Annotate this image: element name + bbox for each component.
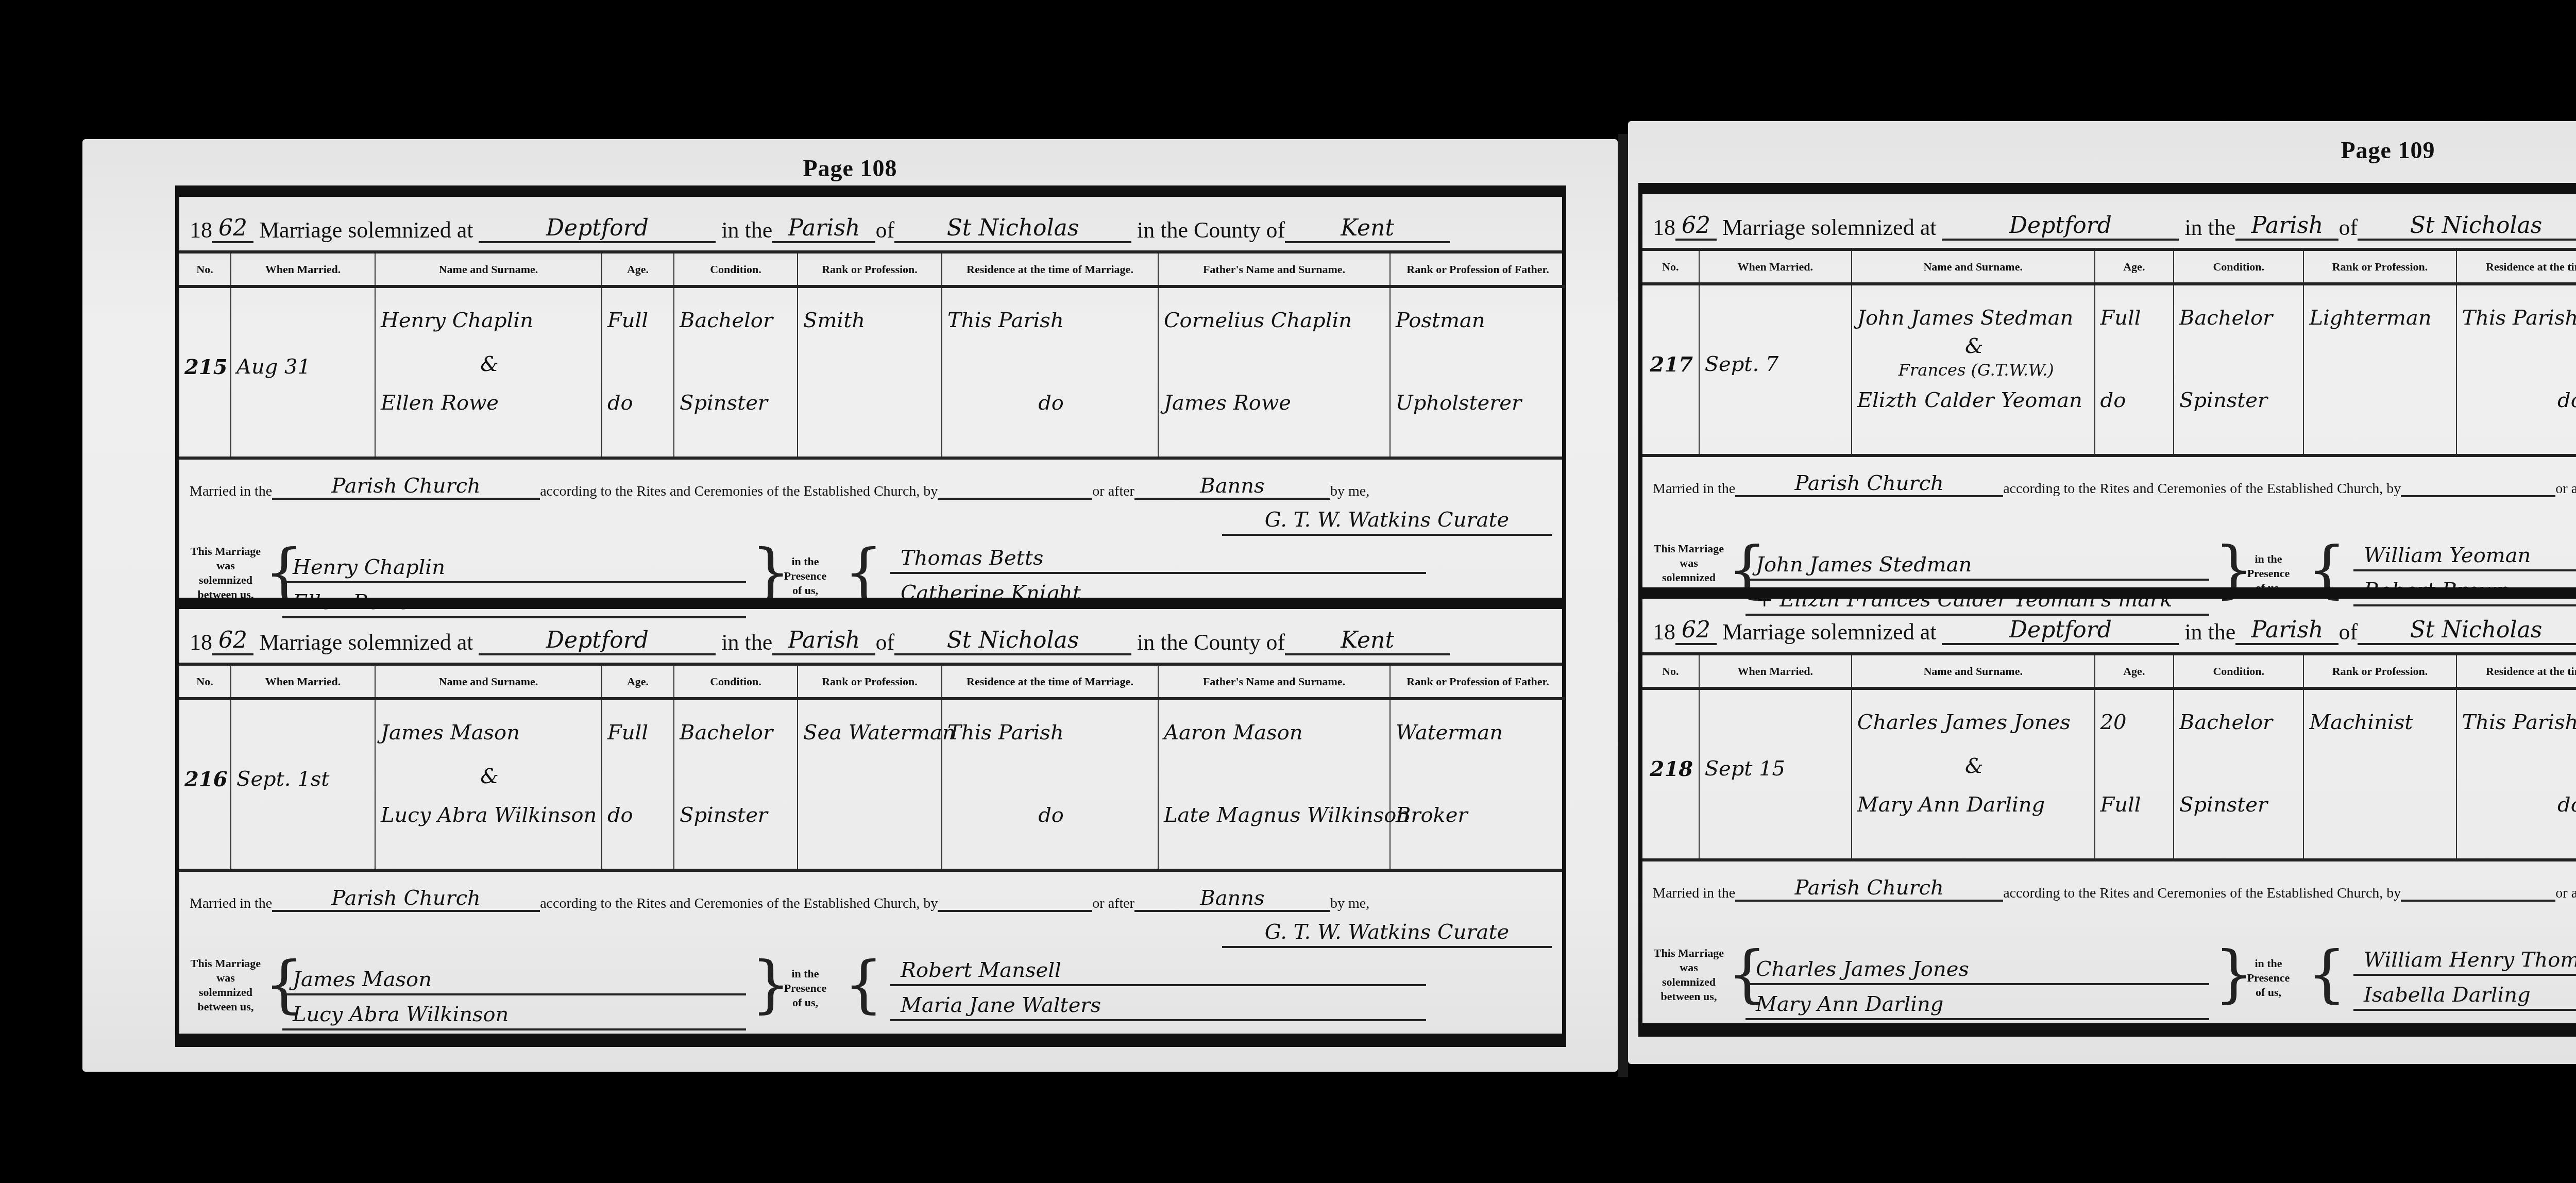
- or-after-label: or after: [2555, 481, 2576, 497]
- solemnized-at-label: Marriage solemnized at: [1722, 619, 1936, 645]
- groom-signature: Charles James Jones: [1745, 950, 2209, 985]
- district-kind-field: Parish: [772, 627, 875, 655]
- groom-signature: Henry Chaplin: [282, 548, 746, 583]
- rites-label: according to the Rites and Ceremonies of…: [540, 483, 938, 500]
- presence-label: in the Presence of us,: [2245, 956, 2292, 1000]
- col-rank: Rank or Profession.: [798, 666, 942, 699]
- entry-title-row: 1862 Marriage solemnized at Deptford in …: [179, 197, 1562, 253]
- groom-rank: Lighterman: [2309, 306, 2452, 330]
- married-in-label: Married in the: [190, 895, 272, 912]
- book-gutter: [1618, 134, 1628, 1077]
- groom-father: Cornelius Chaplin: [1164, 309, 1386, 332]
- when-married: Sept. 7: [1705, 352, 1848, 376]
- year-prefix: 18: [190, 217, 212, 243]
- register-table: No. When Married. Name and Surname. Age.…: [1642, 251, 2576, 454]
- year-field: 62: [212, 627, 253, 655]
- entry-number: 216: [184, 767, 227, 791]
- bride-condition: Spinster: [680, 803, 794, 827]
- of-label: of: [875, 629, 894, 655]
- in-the-label: in the: [2184, 619, 2235, 645]
- between-us-label: This Marriage was solemnized between us,: [1653, 946, 1725, 1004]
- col-name: Name and Surname.: [375, 666, 602, 699]
- license-field: [2401, 900, 2555, 902]
- between-us-label: This Marriage was solemnized between us,: [190, 544, 262, 602]
- bride-residence: do: [2462, 388, 2576, 412]
- groom-residence: This Parish: [947, 721, 1155, 745]
- bride-name-correction: Frances (G.T.W.W.): [1899, 360, 2091, 380]
- groom-rank: Machinist: [2309, 711, 2452, 734]
- groom-age: Full: [2100, 306, 2171, 330]
- year-field: 62: [212, 215, 253, 243]
- col-residence: Residence at the time of Marriage.: [942, 666, 1158, 699]
- solemnized-at-label: Marriage solemnized at: [259, 629, 473, 655]
- year-prefix: 18: [190, 629, 212, 655]
- col-age: Age.: [2095, 655, 2174, 688]
- col-no: No.: [1642, 251, 1699, 284]
- col-no: No.: [179, 253, 231, 286]
- signature-area: G. T. W. Watkins Curate This Marriage wa…: [1642, 910, 2576, 1023]
- col-rank: Rank or Profession.: [2303, 251, 2456, 284]
- col-residence: Residence at the time of Marriage.: [2456, 655, 2576, 688]
- officiant-signature: G. T. W. Watkins Curate: [1222, 920, 1552, 948]
- place-field: Deptford: [479, 627, 716, 655]
- witness-1: Robert Mansell: [890, 951, 1426, 986]
- in-the-label: in the: [2184, 214, 2235, 241]
- rites-label: according to the Rites and Ceremonies of…: [2003, 481, 2401, 497]
- bride-father-rank: Broker: [1396, 803, 1562, 827]
- county-field: Kent: [1285, 215, 1450, 243]
- entry-title-row: 1862 Marriage solemnized at Deptford in …: [1642, 599, 2576, 655]
- district-kind-field: Parish: [772, 215, 875, 243]
- year-prefix: 18: [1653, 619, 1675, 645]
- bride-signature: Mary Ann Darling: [1745, 985, 2209, 1020]
- bride-condition: Spinster: [680, 391, 794, 415]
- witness-2: Maria Jane Walters: [890, 986, 1426, 1021]
- groom-residence: This Parish: [2462, 711, 2576, 734]
- or-after-label: or after: [1092, 483, 1134, 500]
- parish-field: St Nicholas: [2358, 617, 2576, 645]
- groom-age: Full: [607, 309, 670, 332]
- register-page-109: Page 109 1862 Marriage solemnized at Dep…: [1628, 121, 2576, 1064]
- place-field: Deptford: [1942, 617, 2179, 645]
- parish-field: St Nicholas: [2358, 212, 2576, 241]
- table-row: 216 Sept. 1st James Mason & Lucy Abra Wi…: [179, 699, 1565, 869]
- year-prefix: 18: [1653, 214, 1675, 241]
- col-when-married: When Married.: [1699, 655, 1852, 688]
- license-field: [938, 910, 1092, 912]
- venue-field: Parish Church: [1735, 876, 2003, 902]
- col-no: No.: [179, 666, 231, 699]
- presence-label: in the Presence of us,: [782, 554, 828, 598]
- venue-field: Parish Church: [1735, 471, 2003, 497]
- parish-field: St Nicholas: [894, 627, 1131, 655]
- witness-2: Isabella Darling: [2353, 976, 2576, 1011]
- district-kind-field: Parish: [2235, 212, 2338, 241]
- bride-age: Full: [2100, 793, 2171, 817]
- place-field: Deptford: [479, 215, 716, 243]
- groom-condition: Bachelor: [680, 721, 794, 745]
- witness-1: Thomas Betts: [890, 539, 1426, 574]
- brace-icon: {: [844, 544, 883, 601]
- married-in-row: Married in the Parish Church according t…: [179, 869, 1562, 920]
- married-in-row: Married in the Parish Church according t…: [179, 457, 1562, 508]
- col-father-rank: Rank or Profession of Father.: [1390, 253, 1565, 286]
- witness-1: William Yeoman: [2353, 536, 2576, 571]
- entry-title-row: 1862 Marriage solemnized at Deptford in …: [1642, 194, 2576, 251]
- col-residence: Residence at the time of Marriage.: [2456, 251, 2576, 284]
- col-when-married: When Married.: [1699, 251, 1852, 284]
- bride-age: do: [607, 391, 670, 415]
- brace-icon: {: [2307, 946, 2346, 1003]
- groom-rank: Smith: [803, 309, 938, 332]
- groom-father-rank: Waterman: [1396, 721, 1562, 745]
- col-when-married: When Married.: [231, 253, 375, 286]
- col-father-rank: Rank or Profession of Father.: [1390, 666, 1565, 699]
- bride-residence: do: [2462, 793, 2576, 817]
- col-age: Age.: [602, 253, 674, 286]
- venue-field: Parish Church: [272, 886, 540, 912]
- col-condition: Condition.: [674, 666, 798, 699]
- register-table: No. When Married. Name and Surname. Age.…: [179, 253, 1565, 457]
- license-field: [2401, 495, 2555, 497]
- groom-name: Charles James Jones: [1857, 711, 2091, 734]
- county-label: in the County of: [1137, 217, 1285, 243]
- by-me-label: by me,: [1330, 895, 1369, 912]
- table-row: 215 Aug 31 Henry Chaplin & Ellen Rowe Fu…: [179, 286, 1565, 457]
- col-condition: Condition.: [674, 253, 798, 286]
- license-field: [938, 498, 1092, 500]
- between-us-label: This Marriage was solemnized between us,: [190, 956, 262, 1014]
- col-rank: Rank or Profession.: [2303, 655, 2456, 688]
- groom-condition: Bachelor: [680, 309, 794, 332]
- groom-age: 20: [2100, 711, 2171, 734]
- brace-icon: {: [844, 956, 883, 1013]
- by-me-label: by me,: [1330, 483, 1369, 500]
- column-header-row: No. When Married. Name and Surname. Age.…: [179, 666, 1565, 699]
- groom-residence: This Parish: [947, 309, 1155, 332]
- bride-residence: do: [947, 803, 1155, 827]
- signature-area: G. T. W. Watkins Curate This Marriage wa…: [179, 920, 1562, 1034]
- married-in-row: Married in the Parish Church according t…: [1642, 454, 2576, 505]
- year-field: 62: [1675, 212, 1717, 241]
- bride-age: do: [2100, 388, 2171, 412]
- or-after-label: or after: [2555, 885, 2576, 902]
- groom-rank: Sea Waterman: [803, 721, 938, 745]
- col-name: Name and Surname.: [375, 253, 602, 286]
- bride-name: Mary Ann Darling: [1857, 793, 2091, 817]
- col-name: Name and Surname.: [1852, 655, 2095, 688]
- married-in-label: Married in the: [1653, 481, 1735, 497]
- column-header-row: No. When Married. Name and Surname. Age.…: [179, 253, 1565, 286]
- married-in-label: Married in the: [1653, 885, 1735, 902]
- party-signatures: James Mason Lucy Abra Wilkinson: [282, 960, 746, 1030]
- groom-residence: This Parish: [2462, 306, 2576, 330]
- solemnized-at-label: Marriage solemnized at: [1722, 214, 1936, 241]
- groom-age: Full: [607, 721, 670, 745]
- column-header-row: No. When Married. Name and Surname. Age.…: [1642, 251, 2576, 284]
- married-in-label: Married in the: [190, 483, 272, 500]
- married-in-row: Married in the Parish Church according t…: [1642, 858, 2576, 910]
- joiner: &: [381, 352, 598, 376]
- banns-field: Banns: [1134, 474, 1330, 500]
- groom-father-rank: Postman: [1396, 309, 1562, 332]
- table-row: 217 Sept. 7 John James Stedman & Frances…: [1642, 284, 2576, 454]
- groom-signature: James Mason: [282, 960, 746, 995]
- or-after-label: or after: [1092, 895, 1134, 912]
- col-age: Age.: [602, 666, 674, 699]
- bride-residence: do: [947, 391, 1155, 415]
- bride-condition: Spinster: [2179, 388, 2300, 412]
- when-married: Sept 15: [1705, 757, 1848, 781]
- presence-label: in the Presence of us,: [782, 967, 828, 1010]
- bride-father: James Rowe: [1164, 391, 1386, 415]
- col-father-name: Father's Name and Surname.: [1158, 666, 1390, 699]
- venue-field: Parish Church: [272, 474, 540, 500]
- of-label: of: [2338, 619, 2358, 645]
- groom-father: Aaron Mason: [1164, 721, 1386, 745]
- when-married: Aug 31: [236, 355, 371, 379]
- column-header-row: No. When Married. Name and Surname. Age.…: [1642, 655, 2576, 688]
- entry-number: 218: [1648, 757, 1696, 781]
- register-table: No. When Married. Name and Surname. Age.…: [1642, 655, 2576, 858]
- joiner: &: [381, 765, 598, 788]
- year-field: 62: [1675, 617, 1717, 645]
- entry-number: 217: [1648, 352, 1696, 377]
- bride-name: Ellen Rowe: [381, 391, 598, 415]
- groom-condition: Bachelor: [2179, 306, 2300, 330]
- marriage-entry-216: 1862 Marriage solemnized at Deptford in …: [175, 598, 1566, 1047]
- register-page-108: Page 108 1862 Marriage solemnized at Dep…: [82, 139, 1618, 1072]
- witness-signatures: William Henry Thomsett Isabella Darling: [2353, 941, 2576, 1011]
- banns-field: Banns: [1134, 886, 1330, 912]
- officiant-signature: G. T. W. Watkins Curate: [1222, 508, 1552, 536]
- rites-label: according to the Rites and Ceremonies of…: [540, 895, 938, 912]
- table-row: 218 Sept 15 Charles James Jones & Mary A…: [1642, 688, 2576, 858]
- register-table: No. When Married. Name and Surname. Age.…: [179, 666, 1565, 869]
- of-label: of: [2338, 214, 2358, 241]
- joiner: &: [1857, 334, 2091, 358]
- parish-field: St Nicholas: [894, 215, 1131, 243]
- county-label: in the County of: [1137, 629, 1285, 655]
- solemnized-at-label: Marriage solemnized at: [259, 217, 473, 243]
- groom-name: John James Stedman: [1857, 306, 2091, 330]
- col-when-married: When Married.: [231, 666, 375, 699]
- when-married: Sept. 1st: [236, 767, 371, 791]
- col-no: No.: [1642, 655, 1699, 688]
- bride-name: Elizth Calder Yeoman: [1857, 388, 2091, 412]
- marriage-entry-218: 1862 Marriage solemnized at Deptford in …: [1638, 587, 2576, 1037]
- in-the-label: in the: [721, 217, 772, 243]
- witness-1: William Henry Thomsett: [2353, 941, 2576, 976]
- page-number: Page 109: [1628, 137, 2576, 164]
- col-residence: Residence at the time of Marriage.: [942, 253, 1158, 286]
- witness-signatures: Robert Mansell Maria Jane Walters: [890, 951, 1426, 1021]
- marriage-entry-215: 1862 Marriage solemnized at Deptford in …: [175, 185, 1566, 621]
- groom-name: James Mason: [381, 721, 598, 745]
- place-field: Deptford: [1942, 212, 2179, 241]
- col-age: Age.: [2095, 251, 2174, 284]
- bride-condition: Spinster: [2179, 793, 2300, 817]
- bride-age: do: [607, 803, 670, 827]
- entry-number: 215: [184, 355, 227, 379]
- rites-label: according to the Rites and Ceremonies of…: [2003, 885, 2401, 902]
- groom-condition: Bachelor: [2179, 711, 2300, 734]
- party-signatures: Charles James Jones Mary Ann Darling: [1745, 950, 2209, 1020]
- groom-name: Henry Chaplin: [381, 309, 598, 332]
- bride-father: Late Magnus Wilkinson: [1164, 803, 1386, 827]
- of-label: of: [875, 217, 894, 243]
- col-condition: Condition.: [2174, 251, 2303, 284]
- entry-title-row: 1862 Marriage solemnized at Deptford in …: [179, 609, 1562, 666]
- bride-name: Lucy Abra Wilkinson: [381, 803, 598, 827]
- col-name: Name and Surname.: [1852, 251, 2095, 284]
- marriage-entry-217: 1862 Marriage solemnized at Deptford in …: [1638, 183, 2576, 619]
- joiner: &: [1857, 754, 2091, 778]
- col-father-name: Father's Name and Surname.: [1158, 253, 1390, 286]
- district-kind-field: Parish: [2235, 617, 2338, 645]
- county-field: Kent: [1285, 627, 1450, 655]
- col-rank: Rank or Profession.: [798, 253, 942, 286]
- bride-signature: Lucy Abra Wilkinson: [282, 995, 746, 1030]
- in-the-label: in the: [721, 629, 772, 655]
- page-number: Page 108: [82, 155, 1618, 182]
- bride-father-rank: Upholsterer: [1396, 391, 1562, 415]
- groom-signature: John James Stedman: [1745, 546, 2209, 581]
- col-condition: Condition.: [2174, 655, 2303, 688]
